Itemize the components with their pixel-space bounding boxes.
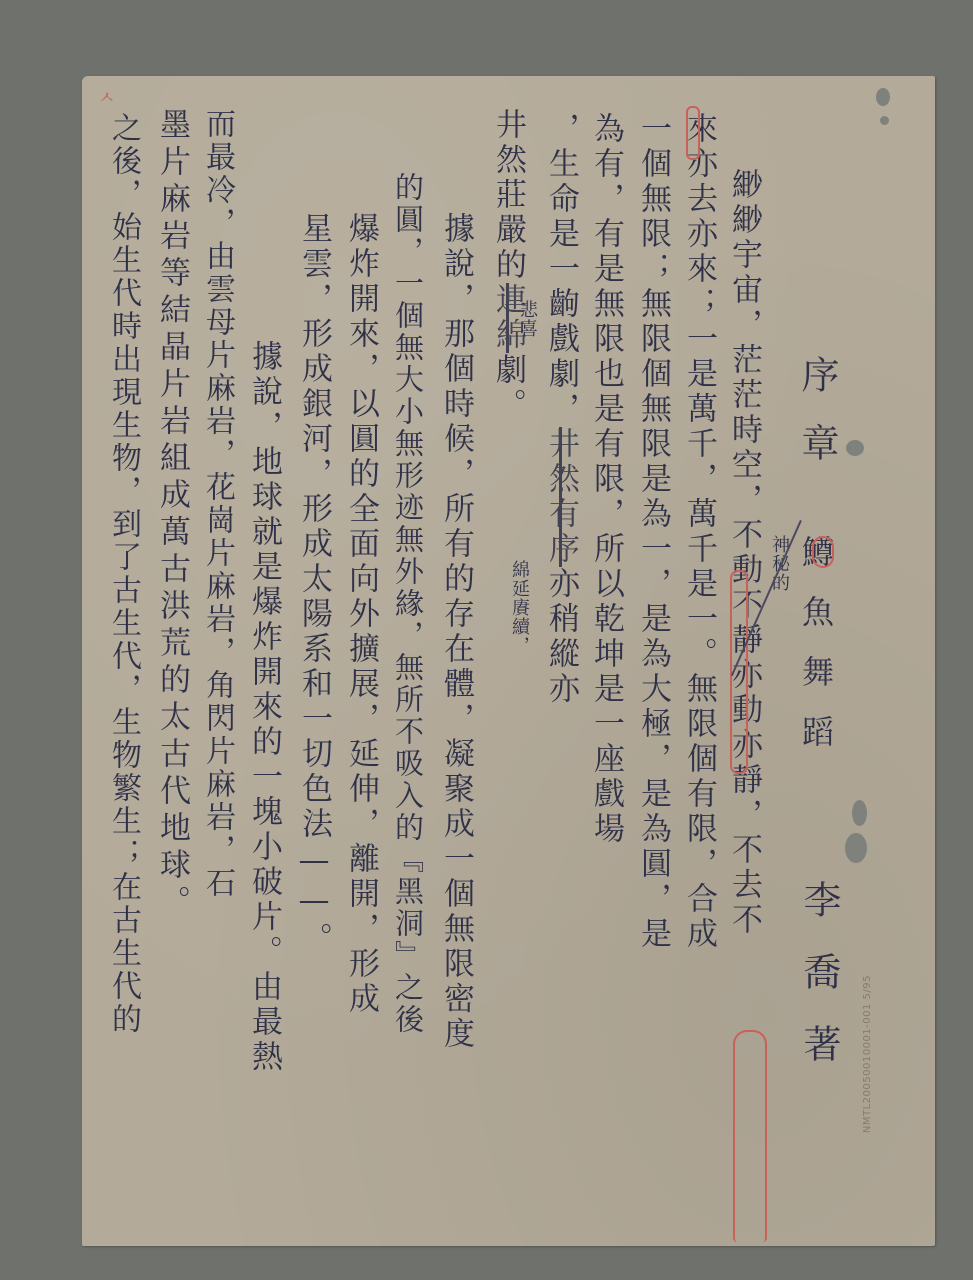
text-fragment: 星雲，形成銀河，形成太陽系和一切色法——。 (296, 212, 332, 957)
chapter-title: 序章 (798, 355, 836, 491)
text-column-10: 星雲，形成銀河，形成太陽系和一切色法——。 (298, 212, 329, 957)
text-column-4: 為有，有是無限也是有限，所以乾坤是一座戲場 (590, 112, 621, 847)
text-fragment: ，生命是一齣戲劇， (543, 112, 579, 427)
corner-mark: ㅅ (98, 84, 115, 110)
struck-text: 井然有序 (543, 427, 579, 567)
text-column-3: 一個無限；無限個無限是為一，是為大極，是為圓，是 (637, 112, 668, 952)
ink-stain (880, 116, 889, 125)
text-column-5: ，生命是一齣戲劇，井然有序亦稍縱亦 (545, 112, 576, 707)
ink-stain (846, 440, 864, 456)
text-column-11: 據說，地球就是爆炸開來的一塊小破片。由最熱 (248, 340, 279, 1075)
text-column-9: 爆炸開來，以圓的全面向外擴展，延伸，離開，形成 (345, 212, 376, 1017)
ink-stain (876, 88, 890, 106)
text-column-2: 來亦去亦來；一是萬千，萬千是一。無限個有限，合成 (683, 112, 714, 952)
text-column-13: 墨片麻岩等結晶片岩組成萬古洪荒的太古代地球。 (156, 108, 187, 922)
catalog-number: NMTL20050010001-001 5/95 (862, 975, 873, 1133)
text-column-12: 而最冷，由雲母片麻岩，花崗片麻岩，角閃片麻岩，石 (202, 108, 232, 900)
text-column-7: 據說，那個時候，所有的存在體，凝聚成一個無限密度 (440, 212, 471, 1052)
ink-stain (852, 800, 867, 826)
text-fragment: 井然莊嚴的 (490, 108, 526, 283)
red-pencil-bracket (733, 1030, 767, 1242)
text-column-1: 緲緲宇宙，茫茫時空，不動不靜亦動亦靜，不去不 (728, 168, 759, 938)
insert-text: 綿延賡續， (510, 560, 528, 655)
red-circle-mark (812, 536, 834, 568)
author-name: 李喬著 (800, 880, 838, 1096)
text-fragment: 劇。 (490, 353, 526, 423)
text-fragment: 亦稍縱亦 (543, 567, 579, 707)
red-pencil-bracket (686, 106, 700, 160)
text-column-6: 井然莊嚴的連綿劇。 (492, 108, 523, 423)
insert-text: 悲喜 (518, 300, 536, 338)
text-column-8: 的圓，一個無大小無形迹無外緣，無所不吸入的『黑洞』之後 (393, 172, 422, 1036)
subtitle: 鱒魚舞蹈 (800, 535, 832, 775)
text-column-14: 之後，始生代時出現生物，到了古生代，生物繁生；在古生代的 (108, 112, 138, 1036)
ink-stain (845, 833, 867, 863)
